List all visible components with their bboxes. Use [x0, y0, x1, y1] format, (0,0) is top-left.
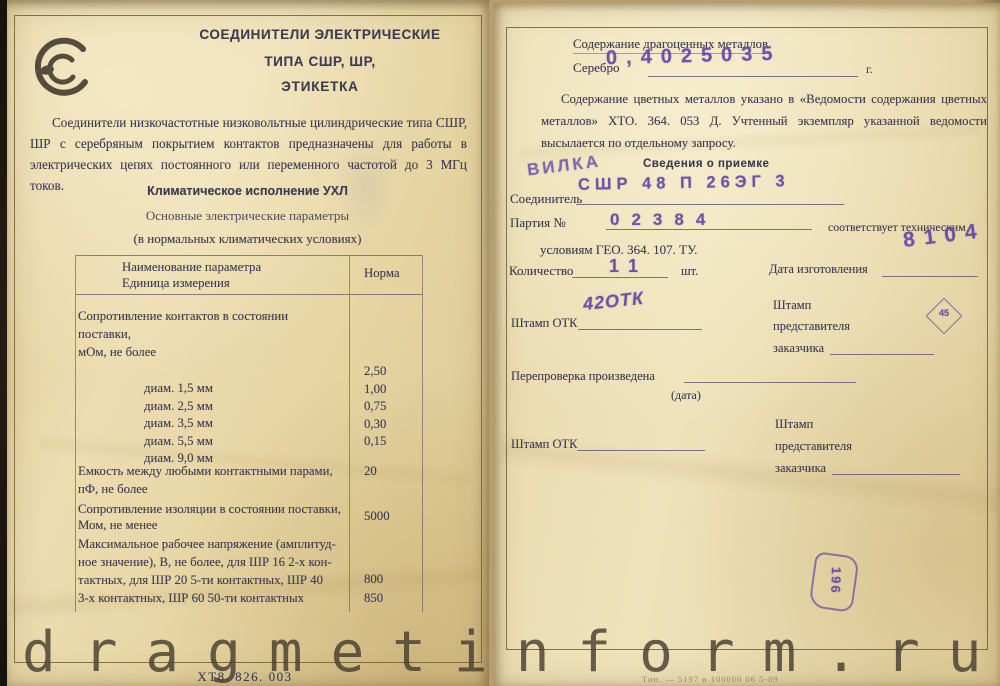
rep-stamp2-line — [832, 473, 960, 475]
table-row: Сопротивление изоляции в состоянии поста… — [76, 499, 422, 532]
hex-stamp: 196 — [808, 551, 859, 613]
rep-stamp-line1: Штамп — [773, 298, 811, 313]
mfg-date-line — [882, 275, 978, 277]
otk-stamp-label: Штамп ОТК — [511, 316, 578, 331]
resistance-name-line2: мОм, не более — [78, 343, 341, 361]
capacity-name-line2: пФ, не более — [78, 481, 341, 499]
norm-value: 1,00 — [364, 381, 422, 399]
hex-stamp-number: 196 — [828, 567, 844, 595]
connector-value-line — [576, 203, 844, 205]
watermark-text: dragmetinform.ru — [22, 620, 1000, 685]
capacity-name-line1: Емкость между любыми контактными парами, — [78, 463, 341, 481]
insulation-name-line2: Мом, не менее — [78, 517, 341, 533]
connector-label: Соединитель — [510, 191, 582, 207]
header-unit: Единица измерения — [122, 275, 341, 291]
diameter-label: диам. 2,5 мм — [78, 398, 341, 416]
document-title-line3: ЭТИКЕТКА — [170, 79, 470, 94]
norm-value: 5000 — [350, 499, 422, 532]
recheck-date-note: (дата) — [671, 388, 701, 403]
norm-value: 2,50 — [364, 363, 422, 381]
silver-unit: г. — [866, 62, 873, 77]
otk-stamp-line — [578, 328, 702, 330]
diameter-label: диам. 5,5 мм — [78, 433, 341, 451]
header-parameter-name: Наименование параметра — [122, 259, 341, 275]
parameters-table: Наименование параметра Единица измерения… — [75, 255, 423, 612]
table-row: Сопротивление контактов в состоянии пост… — [76, 295, 422, 459]
voltage-line2: ное значение), В, не более, для ШР 16 2-… — [78, 553, 341, 571]
document-title-line2: ТИПА СШР, ШР, — [170, 54, 470, 69]
factory-logo-icon — [26, 36, 98, 104]
table-row: Максимальное рабочее напряжение (амплиту… — [76, 532, 422, 612]
batch-number-stamp: 02384 — [610, 210, 717, 230]
acceptance-heading: Сведения о приемке — [643, 158, 769, 170]
mfg-date-label: Дата изготовления — [769, 262, 868, 277]
rep-stamp-line — [830, 353, 934, 355]
batch-label: Партия № — [510, 215, 566, 231]
params-subheading: (в нормальных климатических условиях) — [5, 231, 490, 247]
resistance-name-line1: Сопротивление контактов в состоянии пост… — [78, 307, 341, 343]
otk-stamp-line2 — [577, 449, 705, 451]
rep-stamp-line2: представителя — [773, 319, 850, 334]
table-row: Емкость между любыми контактными парами,… — [76, 459, 422, 499]
document-title-line1: СОЕДИНИТЕЛИ ЭЛЕКТРИЧЕСКИЕ — [170, 27, 470, 42]
recheck-line — [684, 381, 856, 383]
otk-stamp-label2: Штамп ОТК — [511, 437, 578, 452]
norm-value: 850 — [364, 589, 422, 608]
header-norm: Норма — [350, 256, 422, 294]
nonferrous-paragraph: Содержание цветных металлов указано в «В… — [541, 88, 987, 154]
norm-value: 20 — [350, 459, 422, 499]
voltage-line4: 3-х контактных, ШР 60 50-ти контактных — [78, 589, 341, 607]
norm-value: 0,15 — [364, 433, 422, 451]
diameter-label: диам. 1,5 мм — [78, 380, 341, 398]
quantity-unit: шт. — [681, 264, 698, 279]
norm-value: 800 — [364, 570, 422, 589]
norm-value: 0,75 — [364, 398, 422, 416]
silver-amount-stamp: 0,4025035 — [606, 43, 782, 71]
quantity-stamp: 11 — [609, 256, 648, 277]
scan-left-edge — [0, 0, 7, 686]
climate-line: Климатическое исполнение УХЛ — [5, 184, 490, 198]
connector-type-stamp: СШР 48 П 26ЭГ 3 — [578, 172, 790, 195]
voltage-line3: тактных, для ШР 20 5-ти контактных, ШР 4… — [78, 571, 341, 589]
rep-stamp-line3: заказчика — [773, 341, 824, 356]
recheck-label: Перепроверка произведена — [511, 369, 655, 384]
print-imprint-note: Тип. — 5197 и 100000 06 5-89 — [642, 674, 779, 684]
diameter-label: диам. 3,5 мм — [78, 415, 341, 433]
rep-stamp2-line1: Штамп — [775, 417, 813, 432]
voltage-line1: Максимальное рабочее напряжение (амплиту… — [78, 535, 341, 553]
diamond-stamp-number: 45 — [939, 308, 949, 318]
quantity-label: Количество — [509, 263, 573, 279]
norm-value: 0,30 — [364, 416, 422, 434]
params-heading: Основные электрические параметры — [5, 208, 490, 224]
rep-stamp2-line3: заказчика — [775, 461, 826, 476]
insulation-name-line1: Сопротивление изоляции в состоянии поста… — [78, 501, 341, 517]
table-header-row: Наименование параметра Единица измерения… — [76, 255, 422, 295]
rep-stamp2-line2: представителя — [775, 439, 852, 454]
scanned-label-document: СОЕДИНИТЕЛИ ЭЛЕКТРИЧЕСКИЕ ТИПА СШР, ШР, … — [0, 0, 1000, 686]
silver-value-line — [648, 75, 858, 77]
